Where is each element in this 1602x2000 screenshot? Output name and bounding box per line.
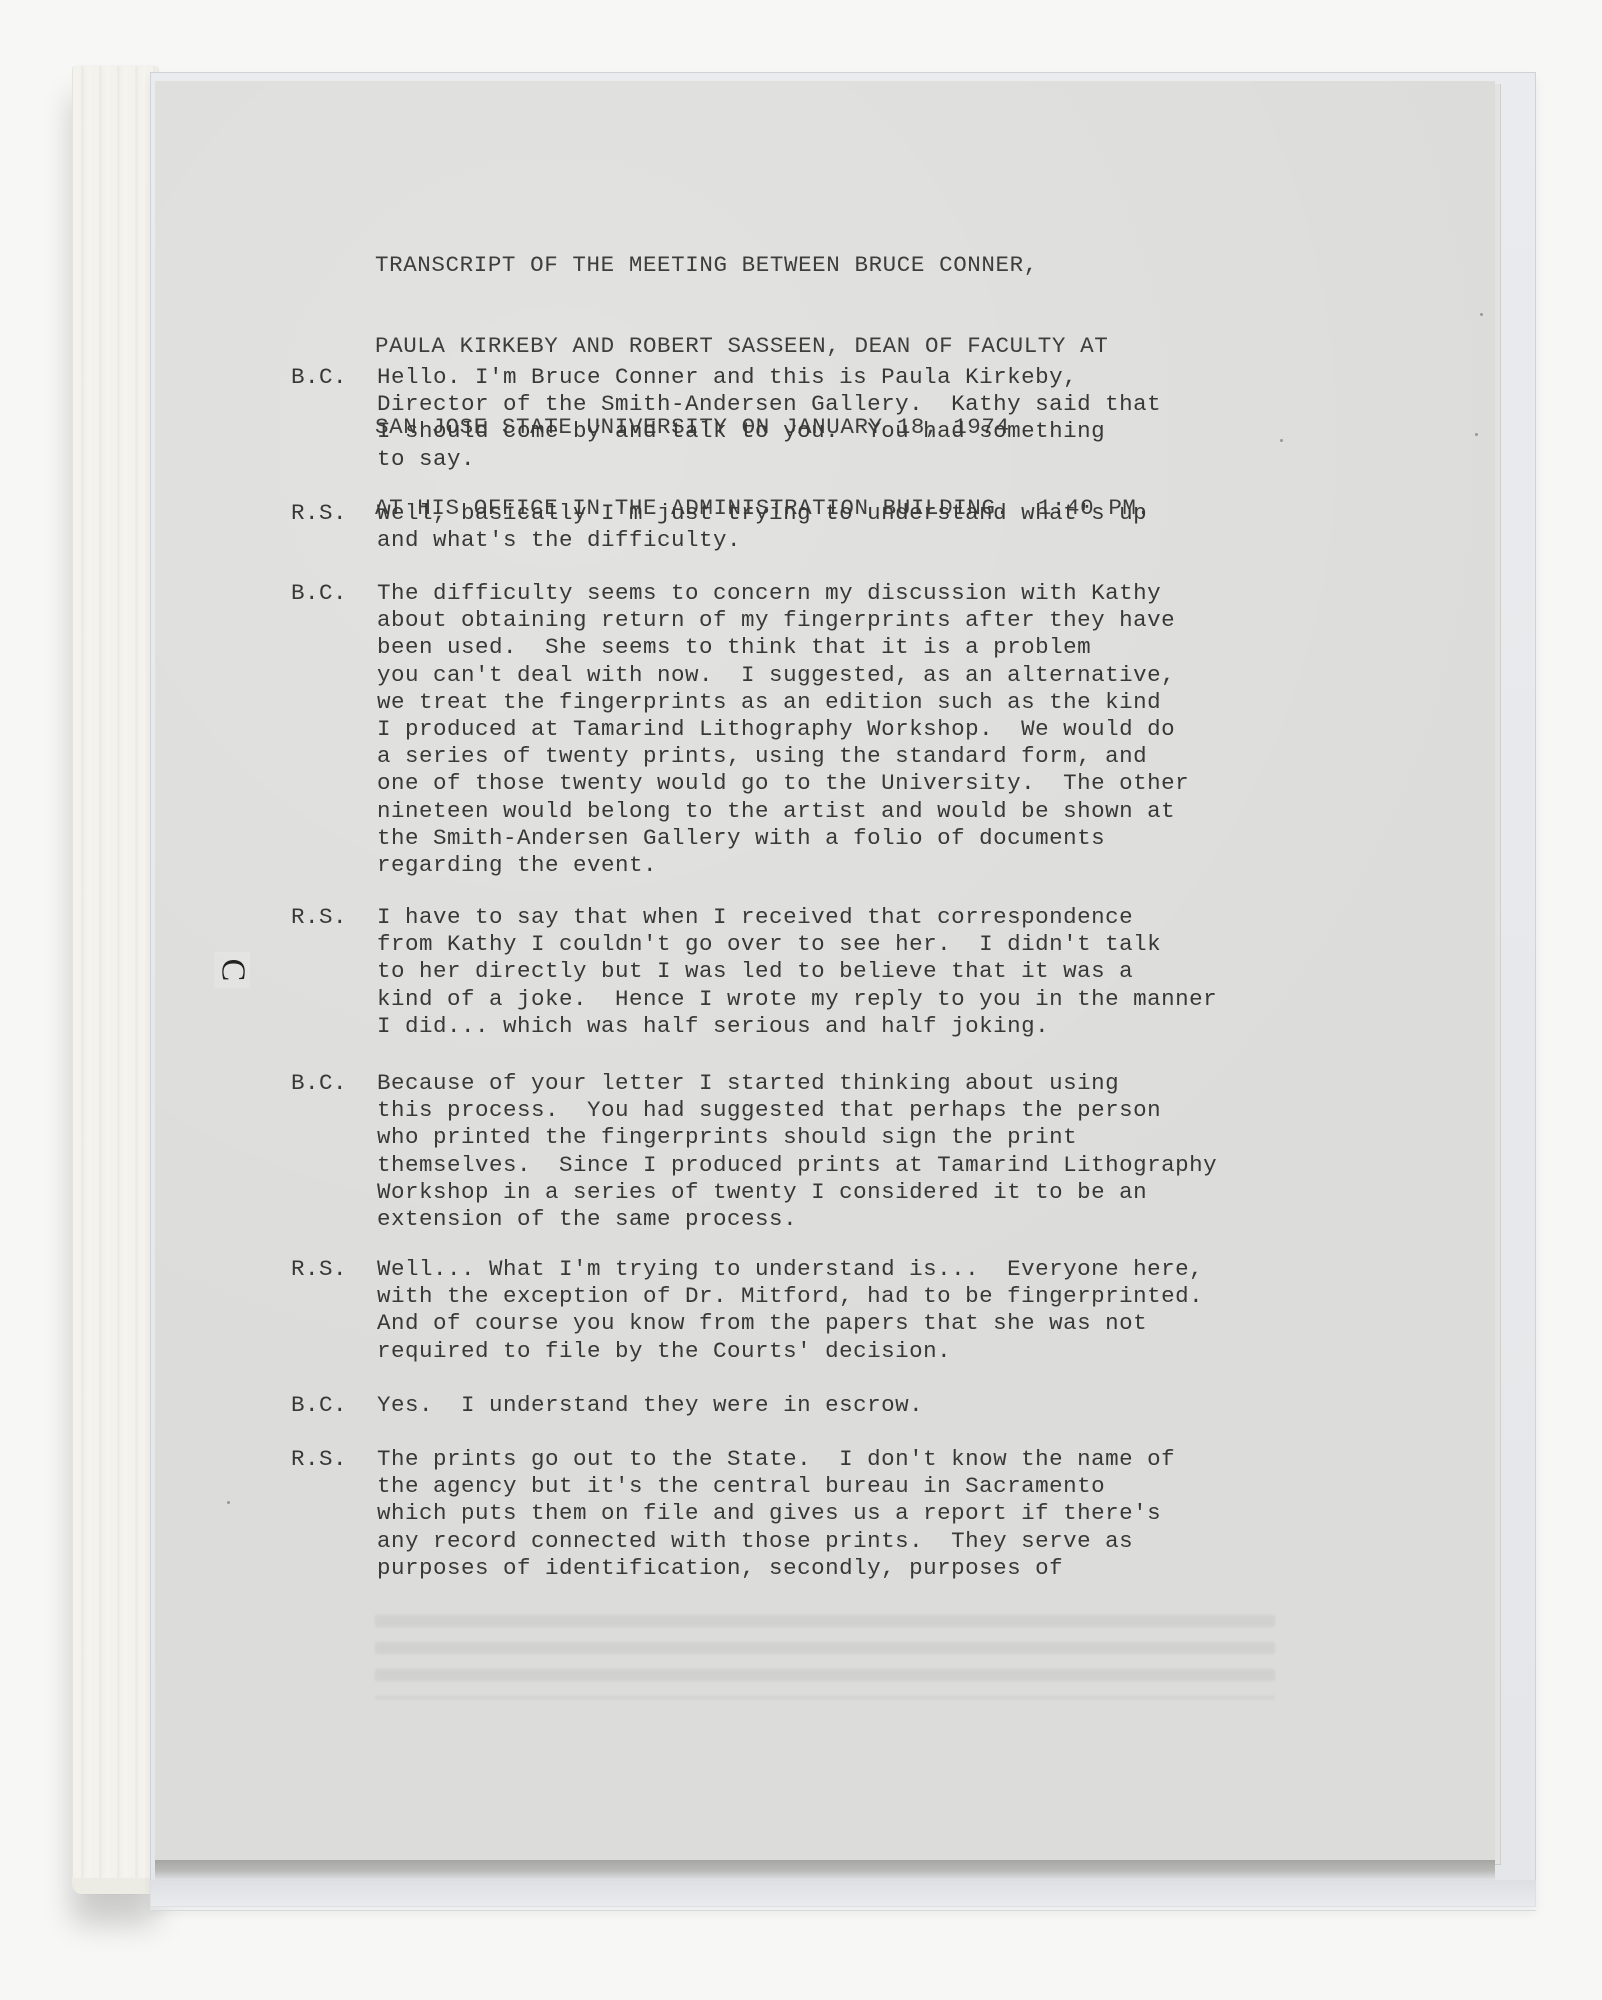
dialogue-line: I have to say that when I received that … bbox=[377, 904, 1217, 931]
dialogue-line: regarding the event. bbox=[377, 852, 1189, 879]
dialogue-entry: B.C. The difficulty seems to concern my … bbox=[291, 580, 1189, 879]
dialogue-line: and what's the difficulty. bbox=[377, 527, 1147, 554]
transcript-body: B.C. Hello. I'm Bruce Conner and this is… bbox=[0, 0, 1602, 2000]
dialogue-text: The prints go out to the State. I don't … bbox=[377, 1446, 1175, 1582]
dialogue-entry: R.S. I have to say that when I received … bbox=[291, 904, 1217, 1040]
dialogue-line: Director of the Smith-Andersen Gallery. … bbox=[377, 391, 1161, 418]
dialogue-line: Well, basically I'm just trying to under… bbox=[377, 500, 1147, 527]
dialogue-line: Because of your letter I started thinkin… bbox=[377, 1070, 1217, 1097]
dialogue-line: about obtaining return of my fingerprint… bbox=[377, 607, 1189, 634]
dialogue-text: Well... What I'm trying to understand is… bbox=[377, 1256, 1203, 1365]
dialogue-line: I should come by and talk to you. You ha… bbox=[377, 418, 1161, 445]
dialogue-line: to her directly but I was led to believe… bbox=[377, 958, 1217, 985]
dialogue-text: I have to say that when I received that … bbox=[377, 904, 1217, 1040]
dialogue-line: any record connected with those prints. … bbox=[377, 1528, 1175, 1555]
dialogue-entry: B.C. Hello. I'm Bruce Conner and this is… bbox=[291, 364, 1161, 473]
dialogue-entry: R.S. The prints go out to the State. I d… bbox=[291, 1446, 1175, 1582]
dialogue-line: The difficulty seems to concern my discu… bbox=[377, 580, 1189, 607]
speaker-initials: R.S. bbox=[291, 904, 377, 1040]
dialogue-line: I did... which was half serious and half… bbox=[377, 1013, 1217, 1040]
dialogue-line: purposes of identification, secondly, pu… bbox=[377, 1555, 1175, 1582]
speaker-initials: B.C. bbox=[291, 580, 377, 879]
dialogue-line: nineteen would belong to the artist and … bbox=[377, 798, 1189, 825]
dialogue-line: from Kathy I couldn't go over to see her… bbox=[377, 931, 1217, 958]
dialogue-line: Workshop in a series of twenty I conside… bbox=[377, 1179, 1217, 1206]
dialogue-line: required to file by the Courts' decision… bbox=[377, 1338, 1203, 1365]
dialogue-line: with the exception of Dr. Mitford, had t… bbox=[377, 1283, 1203, 1310]
dialogue-entry: R.S. Well, basically I'm just trying to … bbox=[291, 500, 1147, 554]
dialogue-entry: B.C. Yes. I understand they were in escr… bbox=[291, 1392, 923, 1419]
dialogue-line: one of those twenty would go to the Univ… bbox=[377, 770, 1189, 797]
speaker-initials: R.S. bbox=[291, 1446, 377, 1582]
dialogue-line: been used. She seems to think that it is… bbox=[377, 634, 1189, 661]
dialogue-line: the agency but it's the central bureau i… bbox=[377, 1473, 1175, 1500]
dialogue-text: Because of your letter I started thinkin… bbox=[377, 1070, 1217, 1233]
dialogue-line: The prints go out to the State. I don't … bbox=[377, 1446, 1175, 1473]
dialogue-text: Yes. I understand they were in escrow. bbox=[377, 1392, 923, 1419]
dialogue-entry: R.S. Well... What I'm trying to understa… bbox=[291, 1256, 1203, 1365]
dialogue-line: which puts them on file and gives us a r… bbox=[377, 1500, 1175, 1527]
dialogue-line: you can't deal with now. I suggested, as… bbox=[377, 662, 1189, 689]
dialogue-line: to say. bbox=[377, 446, 1161, 473]
speaker-initials: B.C. bbox=[291, 1392, 377, 1419]
dialogue-line: who printed the fingerprints should sign… bbox=[377, 1124, 1217, 1151]
dialogue-line: Well... What I'm trying to understand is… bbox=[377, 1256, 1203, 1283]
dialogue-text: The difficulty seems to concern my discu… bbox=[377, 580, 1189, 879]
dialogue-line: the Smith-Andersen Gallery with a folio … bbox=[377, 825, 1189, 852]
dialogue-line: I produced at Tamarind Lithography Works… bbox=[377, 716, 1189, 743]
dialogue-line: we treat the fingerprints as an edition … bbox=[377, 689, 1189, 716]
dialogue-line: this process. You had suggested that per… bbox=[377, 1097, 1217, 1124]
dialogue-text: Well, basically I'm just trying to under… bbox=[377, 500, 1147, 554]
dialogue-entry: B.C. Because of your letter I started th… bbox=[291, 1070, 1217, 1233]
dialogue-line: kind of a joke. Hence I wrote my reply t… bbox=[377, 986, 1217, 1013]
dialogue-text: Hello. I'm Bruce Conner and this is Paul… bbox=[377, 364, 1161, 473]
dialogue-line: Yes. I understand they were in escrow. bbox=[377, 1392, 923, 1419]
speaker-initials: B.C. bbox=[291, 1070, 377, 1233]
speaker-initials: R.S. bbox=[291, 1256, 377, 1365]
dialogue-line: And of course you know from the papers t… bbox=[377, 1310, 1203, 1337]
dialogue-line: extension of the same process. bbox=[377, 1206, 1217, 1233]
dialogue-line: Hello. I'm Bruce Conner and this is Paul… bbox=[377, 364, 1161, 391]
dialogue-line: a series of twenty prints, using the sta… bbox=[377, 743, 1189, 770]
speaker-initials: R.S. bbox=[291, 500, 377, 554]
speaker-initials: B.C. bbox=[291, 364, 377, 473]
dialogue-line: themselves. Since I produced prints at T… bbox=[377, 1152, 1217, 1179]
